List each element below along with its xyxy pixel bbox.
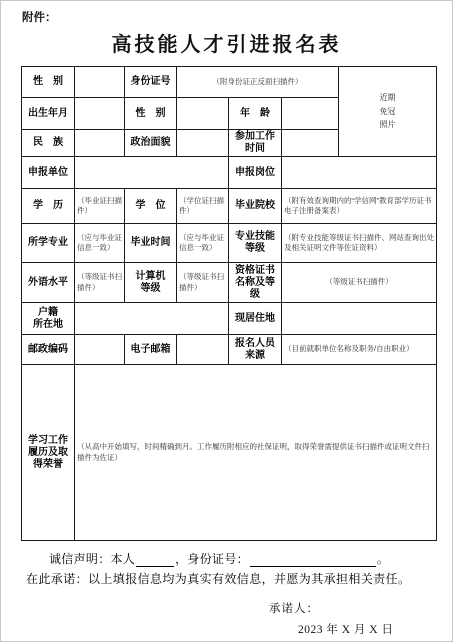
applying-position-label: 申报岗位 [229,157,282,189]
computer-level-note: （等级证书扫描件） [177,263,229,303]
certificate-name-level-note: （等级证书扫描件） [282,263,437,303]
applying-unit-field[interactable] [75,157,229,189]
form-page: 附件： 高技能人才引进报名表 性 别身份证号（附身份证正反面扫描件）近期 免冠 … [0,0,453,642]
commitment-line: 在此承诺：以上填报信息均为真实有效信息，并愿为其承担相关责任。 [26,570,410,587]
gender-label: 性 别 [125,98,177,130]
graduation-time-note: （应与毕业证信息一致） [177,224,229,263]
computer-level-label: 计算机 等级 [125,263,177,303]
id-number-label: 身份证号 [125,67,177,98]
graduate-school-note: （附有效查询期内的“学信网”教育部学历证书电子注册备案表） [282,189,437,224]
integrity-declaration-line: 诚信声明：本人，身份证号：。 [49,550,389,567]
work-history-note: （从高中开始填写，时间精确到月。工作履历附相应的社保证明，取得荣誉需提供证书扫描… [75,365,437,541]
certificate-name-level-label: 资格证书 名称及等 级 [229,263,282,303]
age-field[interactable] [282,98,339,130]
work-history-label: 学习工作 履历及取 得荣誉 [22,365,75,541]
political-status-label: 政治面貌 [125,130,177,157]
ethnicity-label: 民 族 [22,130,75,157]
political-status-field[interactable] [177,130,229,157]
household-registration-label: 户籍 所在地 [22,303,75,335]
skill-level-note: （附专业技能等级证书扫描件、网站查询出处及相关证明文件等佐证资料） [282,224,437,263]
name-blank-line[interactable] [136,554,174,567]
promiser-label: 承诺人： [269,600,319,616]
postal-code-field[interactable] [75,335,125,365]
gender-field[interactable] [177,98,229,130]
major-note: （应与毕业证信息一致） [75,224,125,263]
degree-note: （学位证扫描件） [177,189,229,224]
current-residence-label: 现居住地 [229,303,282,335]
id-number-blank-line[interactable] [250,554,376,567]
declaration-text-1: 诚信声明：本人 [49,552,135,566]
gender-top-label: 性 别 [22,67,75,98]
household-registration-field[interactable] [75,303,229,335]
declaration-period: 。 [377,552,389,566]
applying-position-field[interactable] [282,157,437,189]
applicant-source-note: （目前就职单位名称及职务/自由职业） [282,335,437,365]
education-note: （毕业证扫描件） [75,189,125,224]
birth-date-label: 出生年月 [22,98,75,130]
education-label: 学 历 [22,189,75,224]
photo-box: 近期 免冠 照片 [339,67,437,157]
date-line: 2023 年 X 月 X 日 [298,621,394,637]
ethnicity-field[interactable] [75,130,125,157]
foreign-language-label: 外语水平 [22,263,75,303]
applicant-source-label: 报名人员 来源 [229,335,282,365]
gender-top-field[interactable] [75,67,125,98]
age-label: 年 龄 [229,98,282,130]
email-label: 电子邮箱 [125,335,177,365]
registration-form-table: 性 别身份证号（附身份证正反面扫描件）近期 免冠 照片出生年月性 别年 龄民 族… [21,66,437,541]
form-title: 高技能人才引进报名表 [1,28,452,57]
id-scan-note: （附身份证正反面扫描件） [177,67,339,98]
graduation-time-label: 毕业时间 [125,224,177,263]
work-start-time-label: 参加工作 时间 [229,130,282,157]
skill-level-label: 专业技能 等级 [229,224,282,263]
attachment-label: 附件： [22,9,57,25]
graduate-school-label: 毕业院校 [229,189,282,224]
email-field[interactable] [177,335,229,365]
current-residence-field[interactable] [282,303,437,335]
applying-unit-label: 申报单位 [22,157,75,189]
declaration-text-2: ，身份证号： [175,552,249,566]
postal-code-label: 邮政编码 [22,335,75,365]
foreign-language-note: （等级证书扫描件） [75,263,125,303]
work-start-time-field[interactable] [282,130,339,157]
major-label: 所学专业 [22,224,75,263]
birth-date-field[interactable] [75,98,125,130]
degree-label: 学 位 [125,189,177,224]
